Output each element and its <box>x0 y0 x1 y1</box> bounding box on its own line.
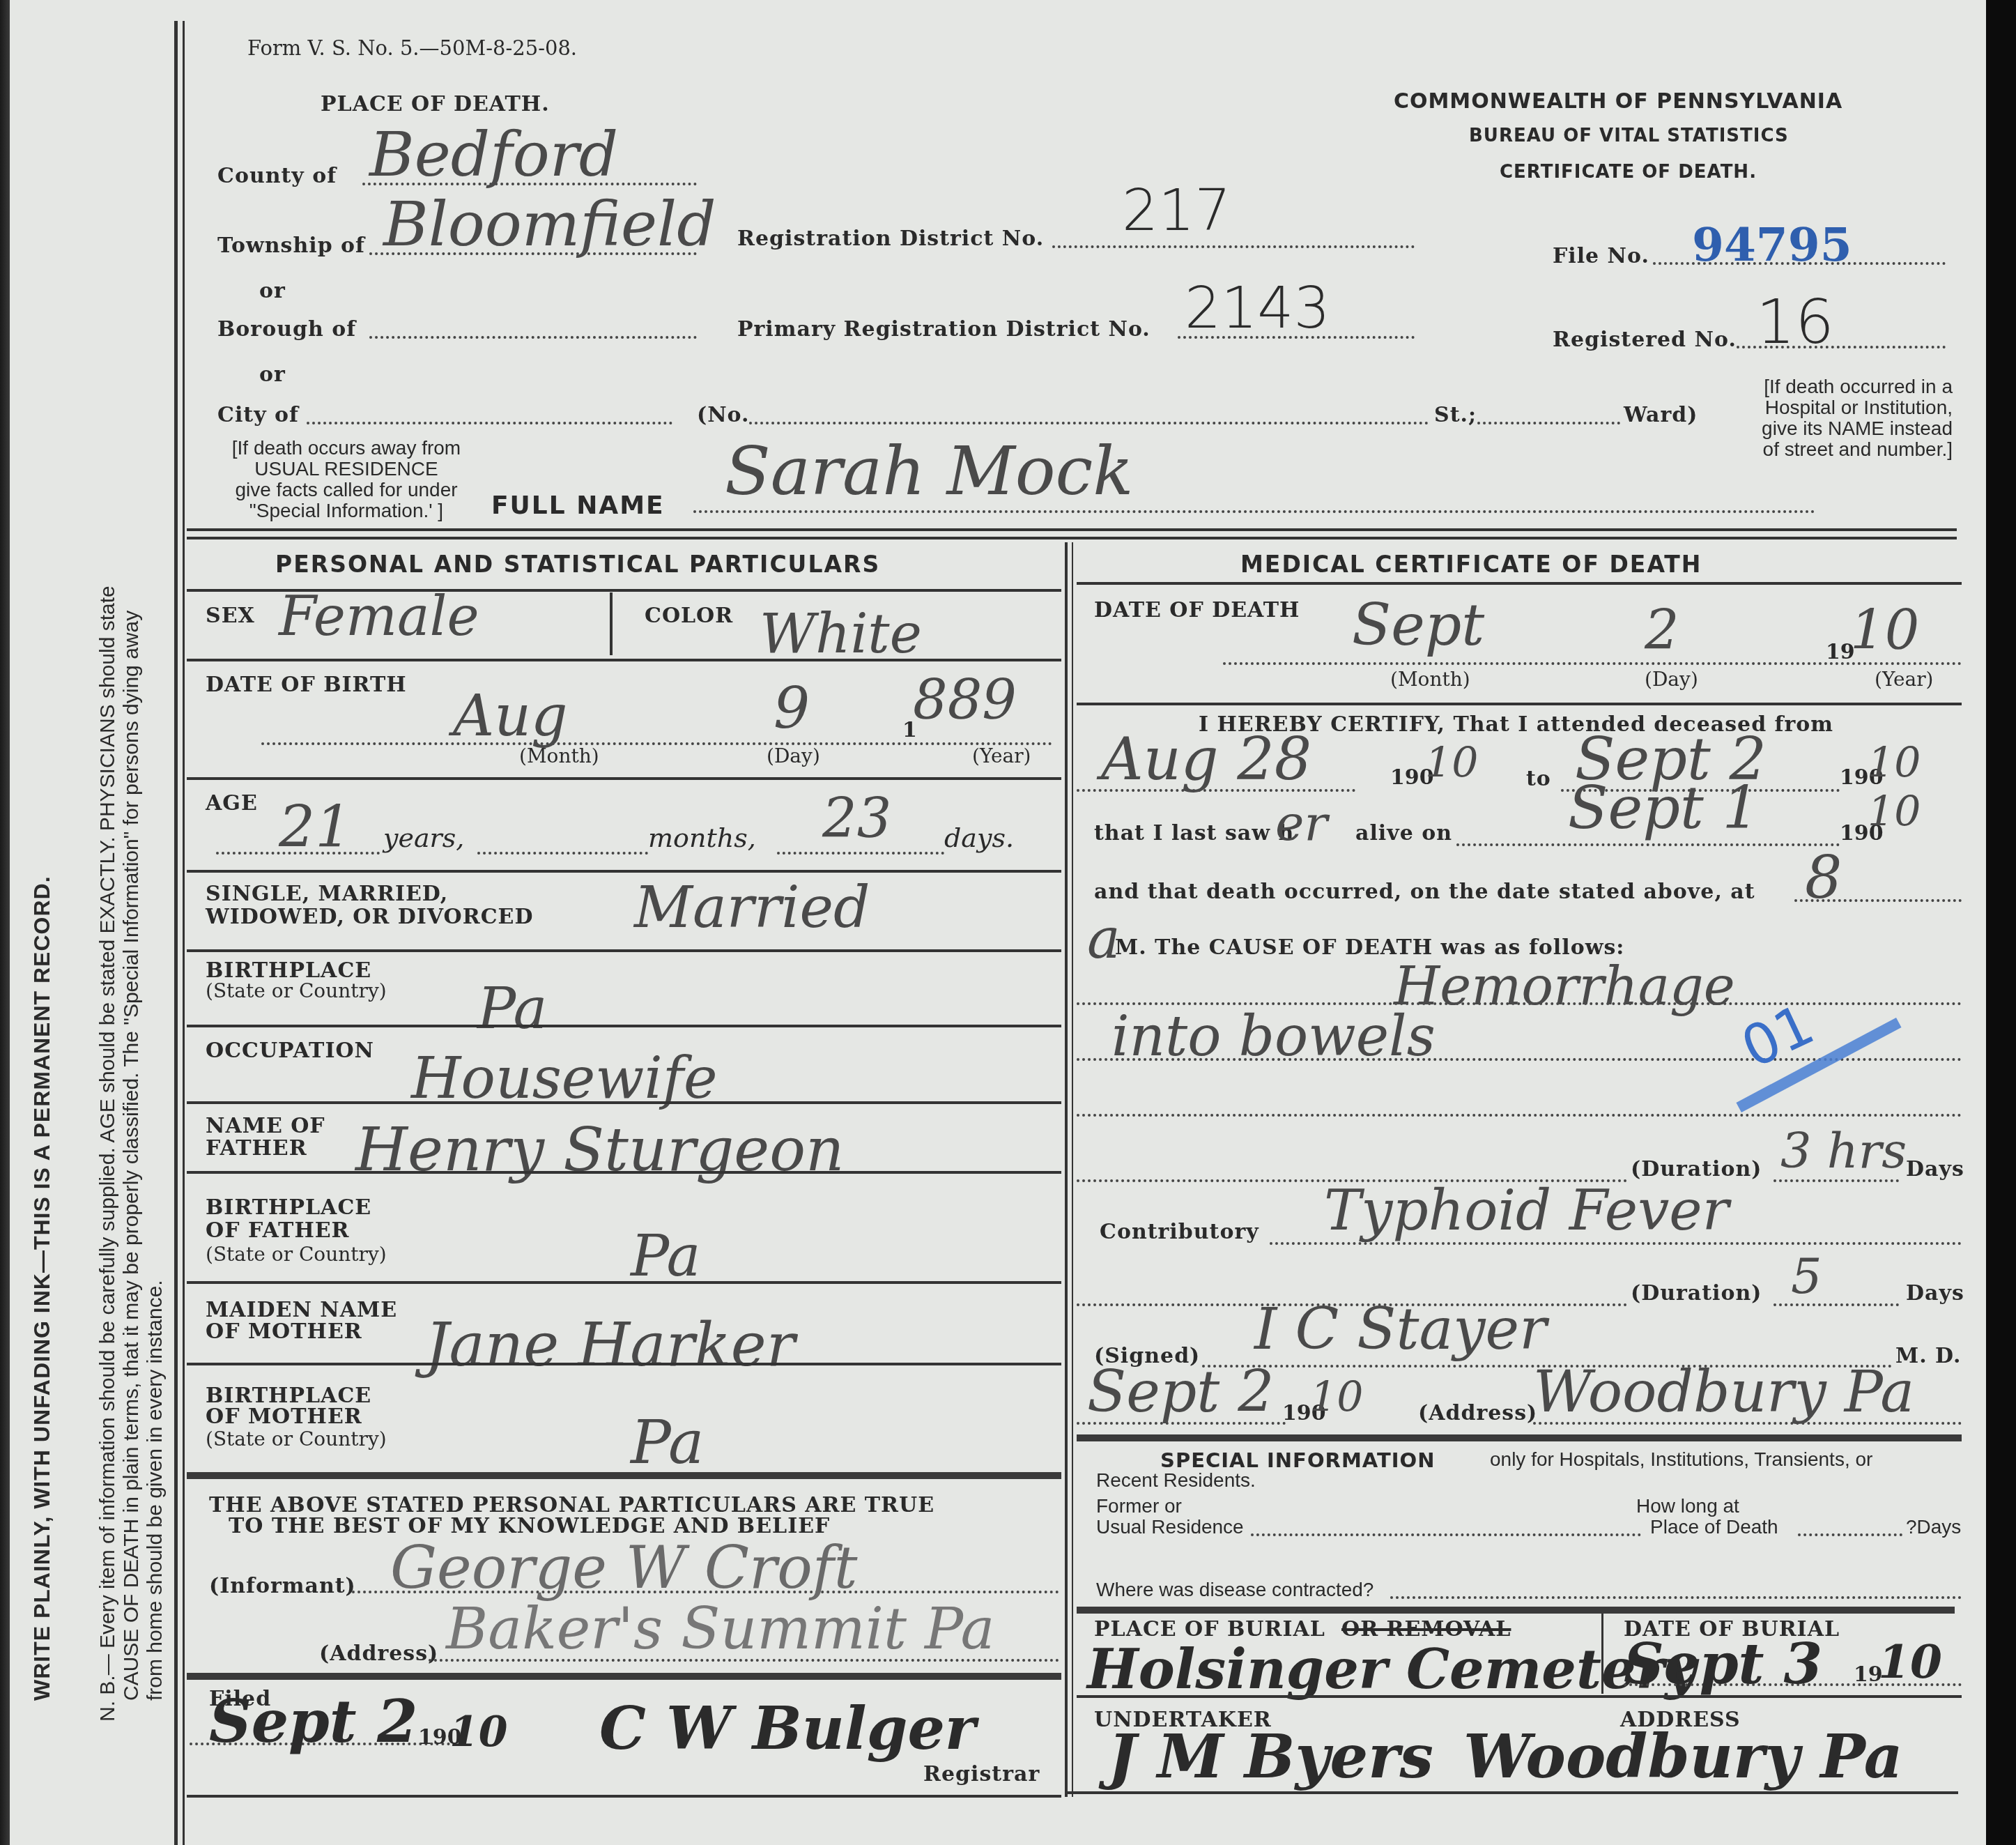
hospital-note: [If death occurred in a Hospital or Inst… <box>1723 376 1953 460</box>
informant-address-value[interactable]: Baker's Summit Pa <box>446 1596 994 1662</box>
contributory-label: Contributory <box>1100 1220 1259 1244</box>
border-left-outer <box>174 21 178 1845</box>
dob-label: DATE OF BIRTH <box>206 673 407 697</box>
place-of-death-title: PLACE OF DEATH. <box>321 92 550 116</box>
mother-bp-sub: (State or Country) <box>206 1427 387 1450</box>
father-bp-label-1: BIRTHPLACE <box>206 1195 371 1220</box>
hospital-note-line: [If death occurred in a <box>1723 376 1953 397</box>
away-note-line: give facts called for under <box>217 480 475 500</box>
last-saw-date-value[interactable]: Sept 1 <box>1568 774 1760 842</box>
sex-value[interactable]: Female <box>279 585 479 648</box>
personal-section-title: PERSONAL AND STATISTICAL PARTICULARS <box>275 551 880 578</box>
age-label: AGE <box>206 791 258 816</box>
primary-district-value[interactable]: 2143 <box>1185 275 1330 342</box>
contracted-line[interactable] <box>1390 1596 1962 1599</box>
borough-label: Borough of <box>217 317 356 342</box>
row-divider <box>1066 1791 1958 1794</box>
township-label: Township of <box>217 234 365 258</box>
dob-year-caption: (Year) <box>972 744 1031 767</box>
registered-no-value[interactable]: 16 <box>1756 286 1834 358</box>
dod-day-caption: (Day) <box>1645 668 1698 691</box>
marital-value[interactable]: Married <box>634 875 870 941</box>
side-note-instructions-3: from home should be given in every insta… <box>144 1280 167 1701</box>
header-commonwealth: COMMONWEALTH OF PENNSYLVANIA <box>1394 89 1842 114</box>
scan-edge-left <box>0 0 10 1845</box>
county-label: County of <box>217 164 337 188</box>
special-info-title-rest-2: Recent Residents. <box>1096 1469 1256 1492</box>
physician-address-value[interactable]: Woodbury Pa <box>1533 1359 1914 1425</box>
reg-district-label: Registration District No. <box>737 227 1044 251</box>
burial-column-divider <box>1601 1614 1603 1694</box>
county-value[interactable]: Bedford <box>369 118 618 190</box>
city-field-line[interactable] <box>307 422 672 424</box>
medical-section-title: MEDICAL CERTIFICATE OF DEATH <box>1240 551 1702 578</box>
birthplace-value[interactable]: Pa <box>477 976 547 1042</box>
signed-year-value[interactable]: 10 <box>1310 1373 1363 1422</box>
scan-edge-right <box>1986 0 2016 1845</box>
burial-place-value[interactable]: Holsinger Cemetery <box>1087 1638 1696 1701</box>
to-label: to <box>1526 767 1551 791</box>
row-divider <box>187 1101 1061 1104</box>
time-value[interactable]: 8 <box>1805 843 1842 912</box>
undertaker-address-value[interactable]: Woodbury Pa <box>1463 1722 1902 1792</box>
or-label-1: or <box>259 279 286 303</box>
signed-date-value[interactable]: Sept 2 <box>1087 1359 1274 1425</box>
age-months-caption: months, <box>648 822 756 853</box>
row-divider <box>187 870 1061 873</box>
duration-1-value[interactable]: 3 hrs <box>1780 1122 1907 1179</box>
row-divider <box>187 1795 1061 1798</box>
hospital-note-line: of street and number.] <box>1723 439 1953 460</box>
sex-color-divider <box>610 592 613 655</box>
father-bp-label-2: OF FATHER <box>206 1218 350 1243</box>
row-divider <box>1077 582 1962 585</box>
duration-1-line <box>1773 1179 1899 1182</box>
duration-2-value[interactable]: 5 <box>1791 1248 1822 1305</box>
certificate-page: WRITE PLAINLY, WITH UNFADING INK—THIS IS… <box>0 0 1986 1845</box>
filed-date-value[interactable]: Sept 2 <box>209 1687 417 1756</box>
last-saw-year-value[interactable]: 10 <box>1868 788 1921 836</box>
away-note-line: "Special Information.' ] <box>217 500 475 521</box>
last-saw-pronoun[interactable]: er <box>1275 795 1328 852</box>
occupation-label: OCCUPATION <box>206 1039 374 1063</box>
marital-label-2: WIDOWED, OR DIVORCED <box>206 905 533 929</box>
dob-year-value[interactable]: 889 <box>913 669 1017 732</box>
undertaker-value[interactable]: J M Byers <box>1108 1722 1433 1792</box>
street-label: St.; <box>1434 403 1477 427</box>
how-long-label-2: Place of Death <box>1650 1516 1778 1538</box>
contributory-value[interactable]: Typhoid Fever <box>1324 1178 1729 1243</box>
signed-value[interactable]: I C Stayer <box>1254 1296 1546 1363</box>
section-thick-divider <box>1077 1607 1955 1614</box>
file-no-stamp: 94795 <box>1692 217 1852 272</box>
alive-on-label: alive on <box>1355 821 1452 845</box>
full-name-line <box>693 510 1815 513</box>
attended-from-value[interactable]: Aug 28 <box>1101 725 1311 793</box>
age-years-value[interactable]: 21 <box>279 795 351 861</box>
file-no-label: File No. <box>1553 244 1649 268</box>
street-no-label: (No. <box>697 403 750 427</box>
marital-label-1: SINGLE, MARRIED, <box>206 882 448 906</box>
mother-label-1: MAIDEN NAME <box>206 1298 397 1322</box>
row-divider <box>187 1281 1061 1284</box>
informant-value[interactable]: George W Croft <box>390 1533 858 1602</box>
street-field-line[interactable] <box>749 422 1429 424</box>
reg-district-value[interactable]: 217 <box>1122 178 1231 244</box>
reg-district-line <box>1052 245 1415 248</box>
special-info-title-rest: only for Hospitals, Institutions, Transi… <box>1490 1448 1872 1471</box>
row-divider <box>1077 1695 1962 1698</box>
to-year-value[interactable]: 10 <box>1868 739 1921 788</box>
father-bp-sub: (State or Country) <box>206 1243 387 1266</box>
ward-field-line[interactable] <box>1477 422 1620 424</box>
special-info-title: SPECIAL INFORMATION <box>1160 1448 1435 1472</box>
section-thick-divider <box>1077 1434 1962 1441</box>
how-long-unit: ?Days <box>1906 1516 1961 1538</box>
age-months-line[interactable] <box>477 852 648 855</box>
dod-month-value[interactable]: Sept <box>1352 592 1484 659</box>
dod-month-caption: (Month) <box>1390 668 1470 691</box>
former-residence-line[interactable] <box>1251 1533 1641 1536</box>
from-year-value[interactable]: 10 <box>1425 739 1478 788</box>
ward-label: Ward) <box>1624 403 1698 427</box>
informant-label: (Informant) <box>209 1574 356 1598</box>
border-left-inner <box>183 21 185 1845</box>
age-years-caption: years, <box>383 822 464 853</box>
father-bp-value[interactable]: Pa <box>631 1223 700 1289</box>
color-label: COLOR <box>645 604 733 628</box>
informant-address-label: (Address) <box>319 1641 438 1666</box>
how-long-label-1: How long at <box>1636 1495 1739 1517</box>
dod-day-value[interactable]: 2 <box>1645 599 1679 662</box>
filed-year-value[interactable]: 10 <box>449 1708 508 1756</box>
how-long-line[interactable] <box>1798 1533 1902 1536</box>
side-note-instructions-2: CAUSE OF DEATH in plain terms, that it m… <box>120 611 144 1701</box>
dob-day-value[interactable]: 9 <box>774 676 810 742</box>
or-label-2: or <box>259 362 286 387</box>
father-label-1: NAME OF <box>206 1114 325 1138</box>
section-thick-divider <box>187 1472 1061 1479</box>
duration-2-days: Days <box>1906 1281 1964 1306</box>
dob-day-caption: (Day) <box>767 744 820 767</box>
father-label-2: FATHER <box>206 1136 307 1161</box>
cause-line-3 <box>1077 1114 1962 1117</box>
cause-line-1-value[interactable]: Hemorrhage <box>1394 955 1735 1017</box>
primary-district-label: Primary Registration District No. <box>737 317 1151 342</box>
row-divider <box>187 949 1061 952</box>
age-days-caption: days. <box>944 822 1014 853</box>
row-divider <box>187 1171 1061 1174</box>
burial-date-value[interactable]: Sept 3 <box>1624 1631 1822 1697</box>
hospital-note-line: Hospital or Institution, <box>1723 397 1953 418</box>
duration-1-days: Days <box>1906 1157 1964 1181</box>
dob-month-caption: (Month) <box>519 744 599 767</box>
former-residence-label-1: Former or <box>1096 1495 1182 1517</box>
away-note-line: USUAL RESIDENCE <box>217 459 475 480</box>
sex-label: SEX <box>206 604 255 628</box>
mother-bp-label-2: OF MOTHER <box>206 1404 362 1429</box>
mother-value[interactable]: Jane Harker <box>425 1310 795 1380</box>
dob-line <box>261 742 1052 745</box>
physician-address-label: (Address) <box>1418 1401 1537 1425</box>
mother-bp-value[interactable]: Pa <box>631 1408 704 1478</box>
dob-month-value[interactable]: Aug <box>453 683 568 749</box>
township-value[interactable]: Bloomfield <box>383 188 716 260</box>
full-name-value[interactable]: Sarah Mock <box>725 432 1134 510</box>
away-note-line: [If death occurs away from <box>217 438 475 459</box>
side-note-instructions-1: N. B.— Every item of information should … <box>96 585 120 1722</box>
row-divider <box>187 1363 1061 1365</box>
hospital-note-line: give its NAME instead <box>1723 418 1953 439</box>
row-divider <box>187 659 1061 661</box>
section-divider <box>187 528 1957 531</box>
row-divider <box>187 1025 1061 1027</box>
contracted-label: Where was disease contracted? <box>1096 1579 1374 1601</box>
column-divider <box>1065 542 1068 1797</box>
away-note: [If death occurs away from USUAL RESIDEN… <box>217 438 475 521</box>
occurred-text: and that death occurred, on the date sta… <box>1094 880 1755 904</box>
row-divider <box>1077 703 1962 705</box>
header-certificate: CERTIFICATE OF DEATH. <box>1500 162 1757 183</box>
mother-label-2: OF MOTHER <box>206 1319 362 1344</box>
dod-label: DATE OF DEATH <box>1094 598 1300 622</box>
father-value[interactable]: Henry Sturgeon <box>355 1115 844 1185</box>
row-divider <box>187 777 1061 780</box>
registrar-signature: C W Bulger <box>599 1694 976 1763</box>
column-divider <box>1072 542 1073 1797</box>
last-saw-line <box>1456 843 1840 846</box>
burial-year-value[interactable]: 10 <box>1878 1635 1942 1689</box>
registered-no-label: Registered No. <box>1553 328 1737 352</box>
registrar-label: Registrar <box>923 1762 1040 1786</box>
form-number: Form V. S. No. 5.—50M-8-25-08. <box>247 36 577 60</box>
last-saw-label: that I last saw h <box>1094 821 1294 845</box>
age-days-line <box>777 852 944 855</box>
full-name-label: FULL NAME <box>491 491 665 520</box>
section-thick-divider <box>187 1673 1061 1680</box>
former-residence-label-2: Usual Residence <box>1096 1516 1244 1538</box>
birthplace-sub: (State or Country) <box>206 979 387 1002</box>
city-label: City of <box>217 403 299 427</box>
header-bureau: BUREAU OF VITAL STATISTICS <box>1469 125 1789 146</box>
dod-year-caption: (Year) <box>1875 668 1934 691</box>
cause-line-2-value[interactable]: into bowels <box>1111 1004 1436 1069</box>
color-value[interactable]: White <box>760 603 922 666</box>
duration-2-label: (Duration) <box>1631 1281 1762 1306</box>
dod-year-value[interactable]: 10 <box>1850 599 1919 662</box>
section-divider <box>187 537 1957 539</box>
age-days-value[interactable]: 23 <box>822 788 891 850</box>
borough-field-line[interactable] <box>369 336 697 339</box>
side-note-permanent-record: WRITE PLAINLY, WITH UNFADING INK—THIS IS… <box>29 875 55 1701</box>
